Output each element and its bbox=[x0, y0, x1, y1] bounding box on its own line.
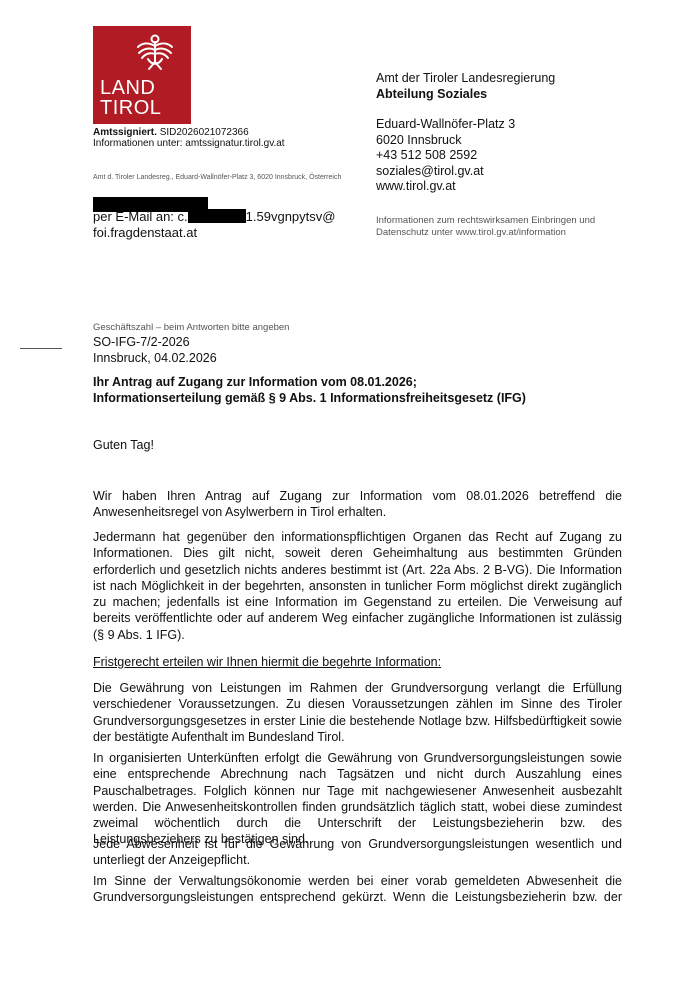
sender-return-address: Amt d. Tiroler Landesreg., Eduard-Wallnö… bbox=[93, 174, 341, 181]
office-info-line: Informationen zum rechtswirksamen Einbri… bbox=[376, 215, 595, 227]
office-address-block: Amt der Tiroler Landesregierung Abteilun… bbox=[376, 71, 555, 195]
office-street: Eduard-Wallnöfer-Platz 3 bbox=[376, 117, 555, 133]
subject: Ihr Antrag auf Zugang zur Information vo… bbox=[93, 374, 526, 406]
paragraph-intro-underlined: Fristgerecht erteilen wir Ihnen hiermit … bbox=[93, 654, 622, 670]
redaction-bar bbox=[188, 209, 246, 223]
greeting: Guten Tag! bbox=[93, 437, 622, 453]
office-city: 6020 Innsbruck bbox=[376, 133, 555, 149]
official-signature: Amtssigniert. SID2026021072366 Informati… bbox=[93, 127, 285, 149]
subject-line: Informationserteilung gemäß § 9 Abs. 1 I… bbox=[93, 390, 526, 406]
paragraph-text: Wir haben Ihren Antrag auf Zugang zur In… bbox=[93, 488, 622, 521]
recipient-block: per E-Mail an: c.1.59vgnpytsv@ foi.fragd… bbox=[93, 209, 335, 241]
paragraph-text: Jedermann hat gegenüber den informations… bbox=[93, 529, 622, 643]
recipient-email-prefix: per E-Mail an: c. bbox=[93, 209, 188, 224]
place-date: Innsbruck, 04.02.2026 bbox=[93, 350, 217, 366]
recipient-email-domain: foi.fragdenstaat.at bbox=[93, 225, 335, 241]
tyrolean-eagle-icon bbox=[136, 32, 174, 72]
office-department: Abteilung Soziales bbox=[376, 87, 555, 103]
office-name: Amt der Tiroler Landesregierung bbox=[376, 71, 555, 87]
paragraph-requirements: Die Gewährung von Leistungen im Rahmen d… bbox=[93, 680, 622, 745]
signature-label: Amtssigniert. bbox=[93, 127, 157, 138]
paragraph-text: Jede Abwesenheit ist für die Gewährung v… bbox=[93, 836, 622, 869]
logo-text-land: LAND bbox=[100, 78, 155, 98]
reference-label: Geschäftszahl – beim Antworten bitte ang… bbox=[93, 322, 289, 333]
paragraph-text: Fristgerecht erteilen wir Ihnen hiermit … bbox=[93, 654, 622, 670]
recipient-email-line: per E-Mail an: c.1.59vgnpytsv@ bbox=[93, 209, 335, 225]
office-info-line: Datenschutz unter www.tirol.gv.at/inform… bbox=[376, 227, 595, 239]
office-phone: +43 512 508 2592 bbox=[376, 148, 555, 164]
office-legal-info: Informationen zum rechtswirksamen Einbri… bbox=[376, 215, 595, 239]
paragraph-text: In organisierten Unterkünften erfolgt di… bbox=[93, 750, 622, 848]
reference-block: SO-IFG-7/2-2026 Innsbruck, 04.02.2026 bbox=[93, 334, 217, 366]
logo-text-tirol: TIROL bbox=[100, 98, 161, 118]
reference-number: SO-IFG-7/2-2026 bbox=[93, 334, 217, 350]
paragraph-economy: Im Sinne der Verwaltungsökonomie werden … bbox=[93, 873, 622, 906]
paragraph-absence: Jede Abwesenheit ist für die Gewährung v… bbox=[93, 836, 622, 869]
paragraph-legal-basis: Jedermann hat gegenüber den informations… bbox=[93, 529, 622, 643]
office-website: www.tirol.gv.at bbox=[376, 179, 555, 195]
subject-line: Ihr Antrag auf Zugang zur Information vo… bbox=[93, 374, 526, 390]
signature-info: Informationen unter: amtssignatur.tirol.… bbox=[93, 138, 285, 149]
paragraph-text: Im Sinne der Verwaltungsökonomie werden … bbox=[93, 873, 622, 906]
paragraph-text: Die Gewährung von Leistungen im Rahmen d… bbox=[93, 680, 622, 745]
fold-mark bbox=[20, 348, 62, 349]
office-email: soziales@tirol.gv.at bbox=[376, 164, 555, 180]
paragraph-receipt: Wir haben Ihren Antrag auf Zugang zur In… bbox=[93, 488, 622, 521]
signature-id: SID2026021072366 bbox=[160, 127, 249, 138]
land-tirol-logo: LAND TIROL bbox=[93, 26, 191, 124]
paragraph-accommodation: In organisierten Unterkünften erfolgt di… bbox=[93, 750, 622, 848]
recipient-email-suffix: 1.59vgnpytsv@ bbox=[246, 209, 336, 224]
